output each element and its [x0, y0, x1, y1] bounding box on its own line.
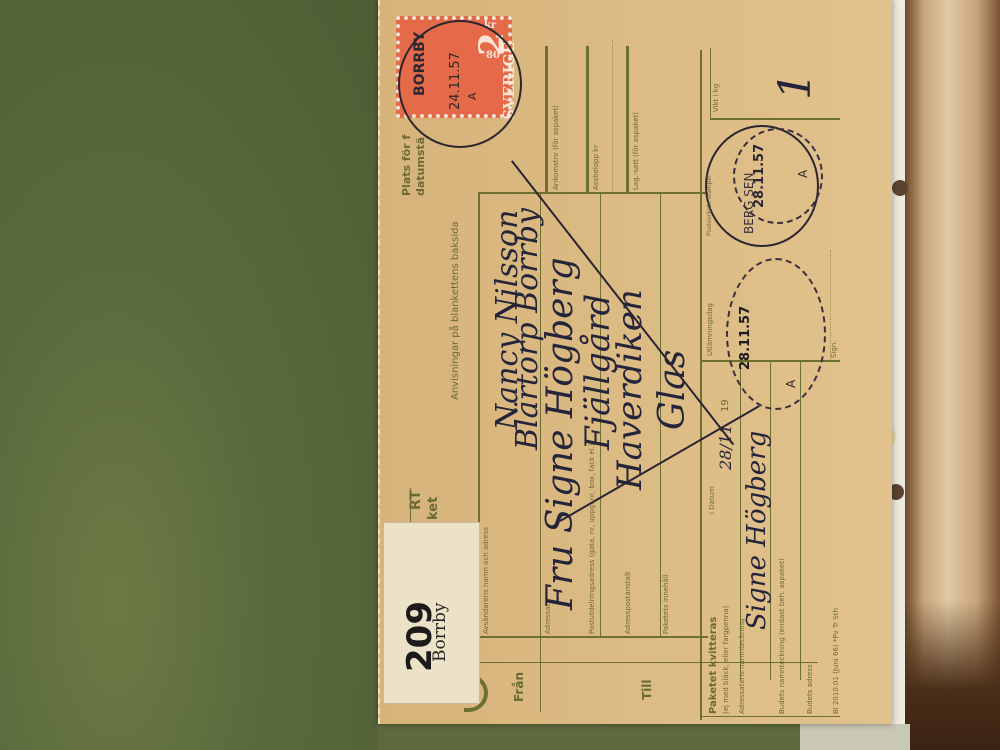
lot-place: Borrby — [430, 603, 450, 662]
receipt-base — [700, 716, 840, 717]
from-till-divider — [478, 662, 818, 663]
form-divider — [700, 50, 702, 720]
column-line — [586, 46, 589, 192]
arrival-postmark-date: 28.11.57 — [752, 144, 767, 208]
origin-postmark-place: BORRBY — [412, 32, 428, 96]
delivery-day-label: Utlämningsdag — [706, 303, 714, 356]
cod-amount-label: Assbelopp kr — [592, 145, 600, 190]
receipt-subtitle: (ej med bläck, eller fargpenna) — [722, 606, 730, 714]
receipt-date-label: i Datum — [708, 486, 716, 514]
sender-field-label: Avsändarens namn och adress — [482, 527, 490, 634]
clover-decoration — [892, 180, 908, 196]
year-prefix: 19 — [720, 399, 731, 412]
form-code: Bl 2010.01 (Juni 66) *Pv Tr Sth — [832, 608, 840, 714]
from-label: Från — [512, 672, 526, 702]
delivery-postmark-date: 28.11.57 — [738, 306, 753, 370]
green-table-surface — [0, 0, 386, 750]
column-line — [626, 46, 629, 192]
sign-label: Sign. — [830, 341, 838, 359]
delivery-address-field-label: Postutdelningsadress (gata, nr, uppg. nr… — [588, 443, 596, 634]
form-title-fragment: RT — [408, 490, 424, 510]
handwritten-contents: Glas — [652, 350, 693, 430]
storage-fee-label: Lag.-satt (för aspaket) — [632, 112, 640, 190]
receipt-title: Paketet kvitteras — [708, 617, 719, 714]
weight-box-line — [710, 118, 840, 120]
weight-box-line — [710, 48, 711, 118]
dotted-column — [612, 40, 613, 192]
handwritten-signature: Signe Högberg — [742, 431, 772, 630]
messenger-address-label: Budets adress — [806, 664, 814, 714]
instructions-text: Anvisningar på blankettens baksida — [450, 221, 461, 400]
messenger-signature-label: Budets namnteckning (endast beh. aspaket… — [778, 558, 786, 714]
column-line — [545, 46, 548, 192]
to-label: Till — [640, 679, 654, 700]
date-stamp-place-label-2: datumstä — [414, 137, 427, 196]
handwritten-addressee: Fru Signe Högberg — [540, 257, 581, 610]
column-base — [545, 192, 705, 194]
contents-field-label: Paketets innehåll — [662, 574, 670, 634]
handwritten-receipt-date: 28/11 — [716, 424, 735, 470]
origin-postmark-code: A — [466, 92, 479, 100]
fur-rug-shadow — [905, 600, 1000, 750]
handwritten-post-office: Haverdiken — [610, 289, 650, 490]
addressee-signature-label: Adressatens namnteckning — [738, 619, 746, 714]
arrival-postmark-code: A — [796, 170, 810, 178]
arrival-stamp-label: Postverkets stämpel — [706, 175, 713, 236]
light-surface-bottom — [800, 724, 910, 750]
arrival-number-label: Ankomstnr (för aspaket) — [552, 105, 560, 190]
receipt-line — [800, 360, 801, 680]
form-divider — [478, 636, 708, 638]
weight-label: Vikt i kg — [712, 84, 720, 112]
form-subtitle-fragment: ket — [426, 497, 441, 520]
date-stamp-place-label: Plats för f — [400, 135, 413, 196]
post-office-field-label: Adresspostanstalt — [624, 571, 632, 634]
delivery-postmark-code: A — [784, 380, 798, 388]
handwritten-weight: 1 — [770, 72, 821, 100]
origin-postmark-date: 24.11.57 — [448, 52, 463, 110]
